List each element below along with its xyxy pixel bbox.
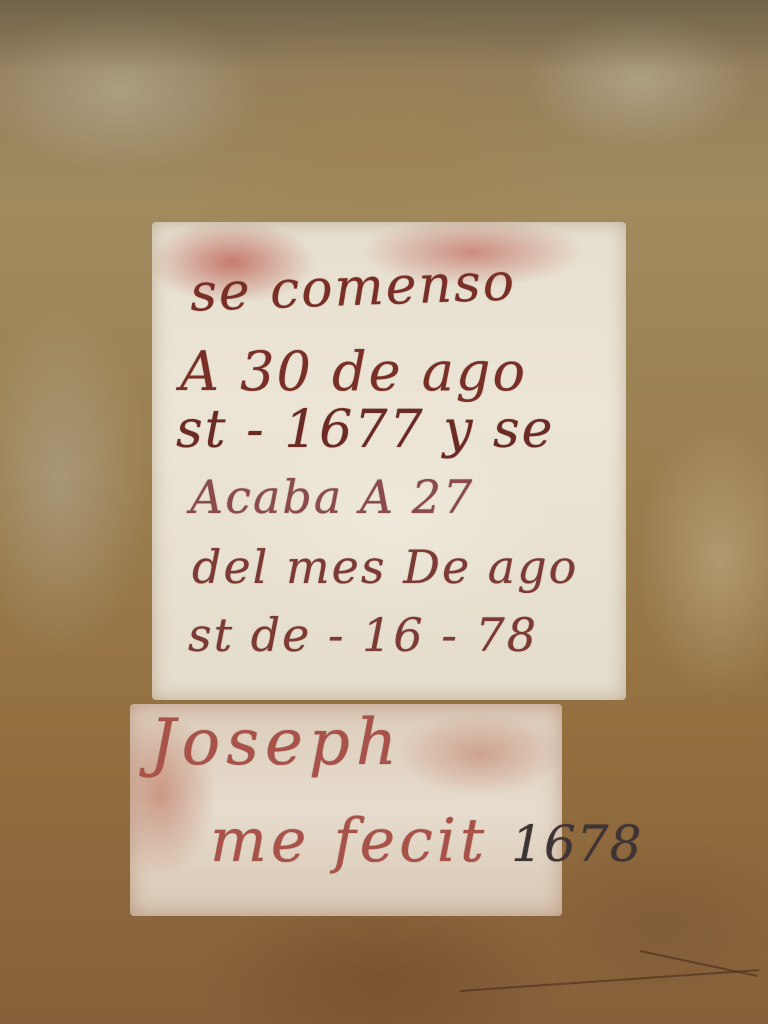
rubble-texture <box>0 0 768 70</box>
inscription-line-1: se comenso <box>189 252 517 323</box>
inscription-fecit-text: me fecit <box>210 806 488 876</box>
inscription-line-5: del mes De ago <box>192 540 578 594</box>
inscription-line-6: st de - 16 - 78 <box>188 608 538 662</box>
inscription-signature: Joseph <box>150 706 403 780</box>
inscription-line-4: Acaba A 27 <box>190 470 474 524</box>
inscription-line-2: A 30 de ago <box>180 340 527 403</box>
inscription-line-3: st - 1677 y se <box>176 400 554 460</box>
inscription-fecit: me fecit 1678 <box>210 806 642 876</box>
inscription-year: 1678 <box>511 815 642 873</box>
